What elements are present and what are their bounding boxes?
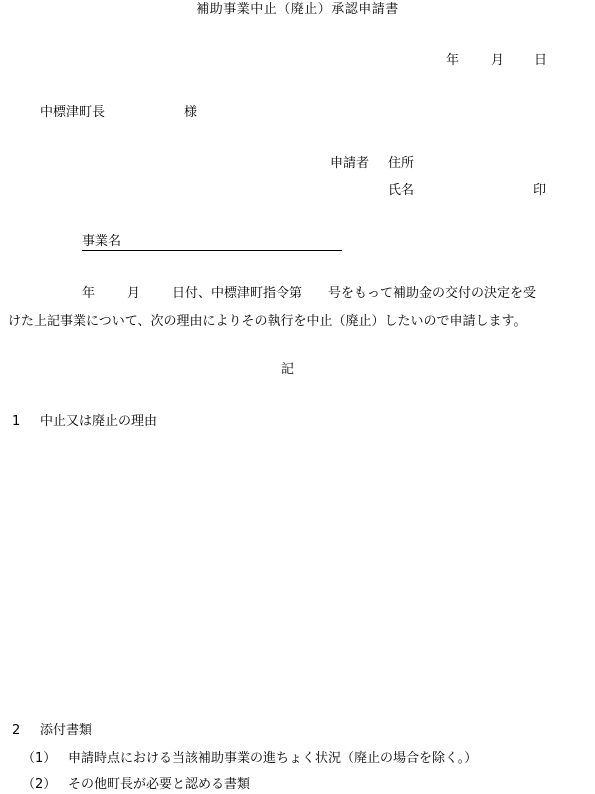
ki-heading: 記 [0, 363, 575, 376]
date-year: 年 [446, 54, 459, 67]
seal-mark: 印 [533, 184, 546, 197]
addressee-name: 中標津町長 [40, 106, 105, 119]
subitem-label: 申請時点における当該補助事業の進ちょく状況（廃止の場合を除く。） [68, 751, 477, 766]
item-label: 添付書類 [40, 723, 92, 738]
item-number: 1 [12, 415, 40, 428]
date-month: 月 [491, 54, 504, 67]
body-text-line-2: けた上記事業について、次の理由によりその執行を中止（廃止）したいので申請します。 [8, 315, 526, 328]
subitem-number: （1） [22, 752, 68, 765]
item-number: 2 [12, 724, 40, 737]
project-name-field: 事業名 [82, 235, 342, 251]
subitem-label: その他町長が必要と認める書類 [68, 777, 250, 792]
body-date-ref: 日付、中標津町指令第 [172, 286, 302, 301]
address-label: 住所 [388, 157, 414, 170]
date-day: 日 [534, 54, 547, 67]
attachment-subitem-1: （1）申請時点における当該補助事業の進ちょく状況（廃止の場合を除く。） [22, 752, 477, 765]
project-name-label: 事業名 [82, 234, 121, 249]
applicant-label: 申請者 [330, 157, 369, 170]
attachment-subitem-2: （2）その他町長が必要と認める書類 [22, 778, 250, 791]
item-reason: 1中止又は廃止の理由 [12, 415, 157, 428]
item-label: 中止又は廃止の理由 [40, 414, 157, 429]
body-text-line-1: 年月日付、中標津町指令第号をもって補助金の交付の決定を受 [82, 287, 536, 300]
addressee-honorific: 様 [184, 106, 197, 119]
item-attachments: 2添付書類 [12, 724, 92, 737]
document-title: 補助事業中止（廃止）承認申請書 [0, 3, 595, 16]
body-month: 月 [127, 286, 140, 301]
subitem-number: （2） [22, 778, 68, 791]
body-year: 年 [82, 286, 95, 301]
name-label: 氏名 [388, 184, 414, 197]
body-decision-text: 号をもって補助金の交付の決定を受 [328, 286, 536, 301]
